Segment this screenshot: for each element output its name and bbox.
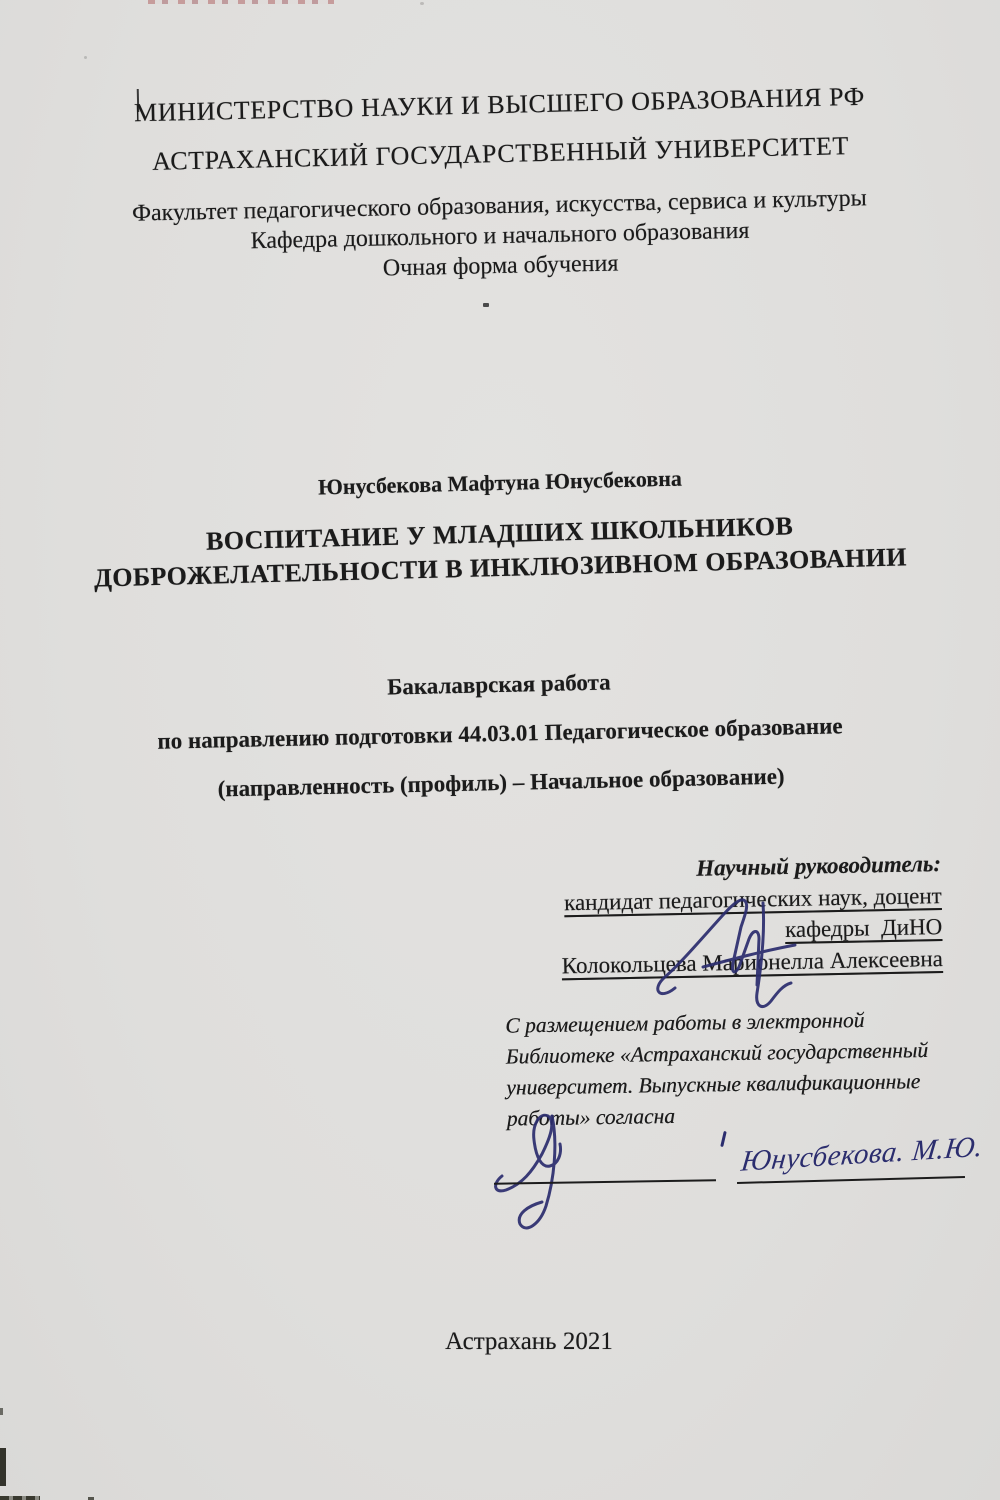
pen-tick-mark	[720, 1131, 727, 1147]
signature-stroke	[658, 900, 759, 994]
scan-artifact-speck	[84, 56, 87, 59]
scan-artifact-top-dashes	[148, 0, 334, 4]
student-signature-scribble	[488, 1110, 603, 1235]
work-type-block: Бакалаврская работа по направлению подго…	[0, 649, 1000, 819]
student-signature-name: Юнусбекова. М.Ю.	[739, 1130, 992, 1179]
signature-stroke	[757, 903, 791, 1007]
supervisor-signature-scribble	[645, 893, 815, 1023]
header-block: МИНИСТЕРСТВО НАУКИ И ВЫСШЕГО ОБРАЗОВАНИЯ…	[0, 69, 1000, 190]
header-sub-block: Факультет педагогического образования, и…	[0, 181, 1000, 292]
signature-stroke	[703, 945, 795, 967]
scan-artifact-edge-bar	[0, 1448, 6, 1486]
scan-artifact-dot	[483, 303, 489, 307]
scan-artifact-edge-mark	[0, 1408, 3, 1415]
city-year: Астрахань 2021	[29, 1328, 1000, 1356]
scanned-title-page: МИНИСТЕРСТВО НАУКИ И ВЫСШЕГО ОБРАЗОВАНИЯ…	[0, 0, 1000, 1500]
signature-line-right	[737, 1176, 965, 1184]
thesis-title: ВОСПИТАНИЕ У МЛАДШИХ ШКОЛЬНИКОВ ДОБРОЖЕЛ…	[0, 504, 1000, 598]
scan-artifact-bottom-dashes	[0, 1496, 40, 1500]
author-name: Юнусбекова Мафтуна Юнусбековна	[0, 458, 1000, 508]
scan-artifact-speck	[420, 2, 424, 5]
